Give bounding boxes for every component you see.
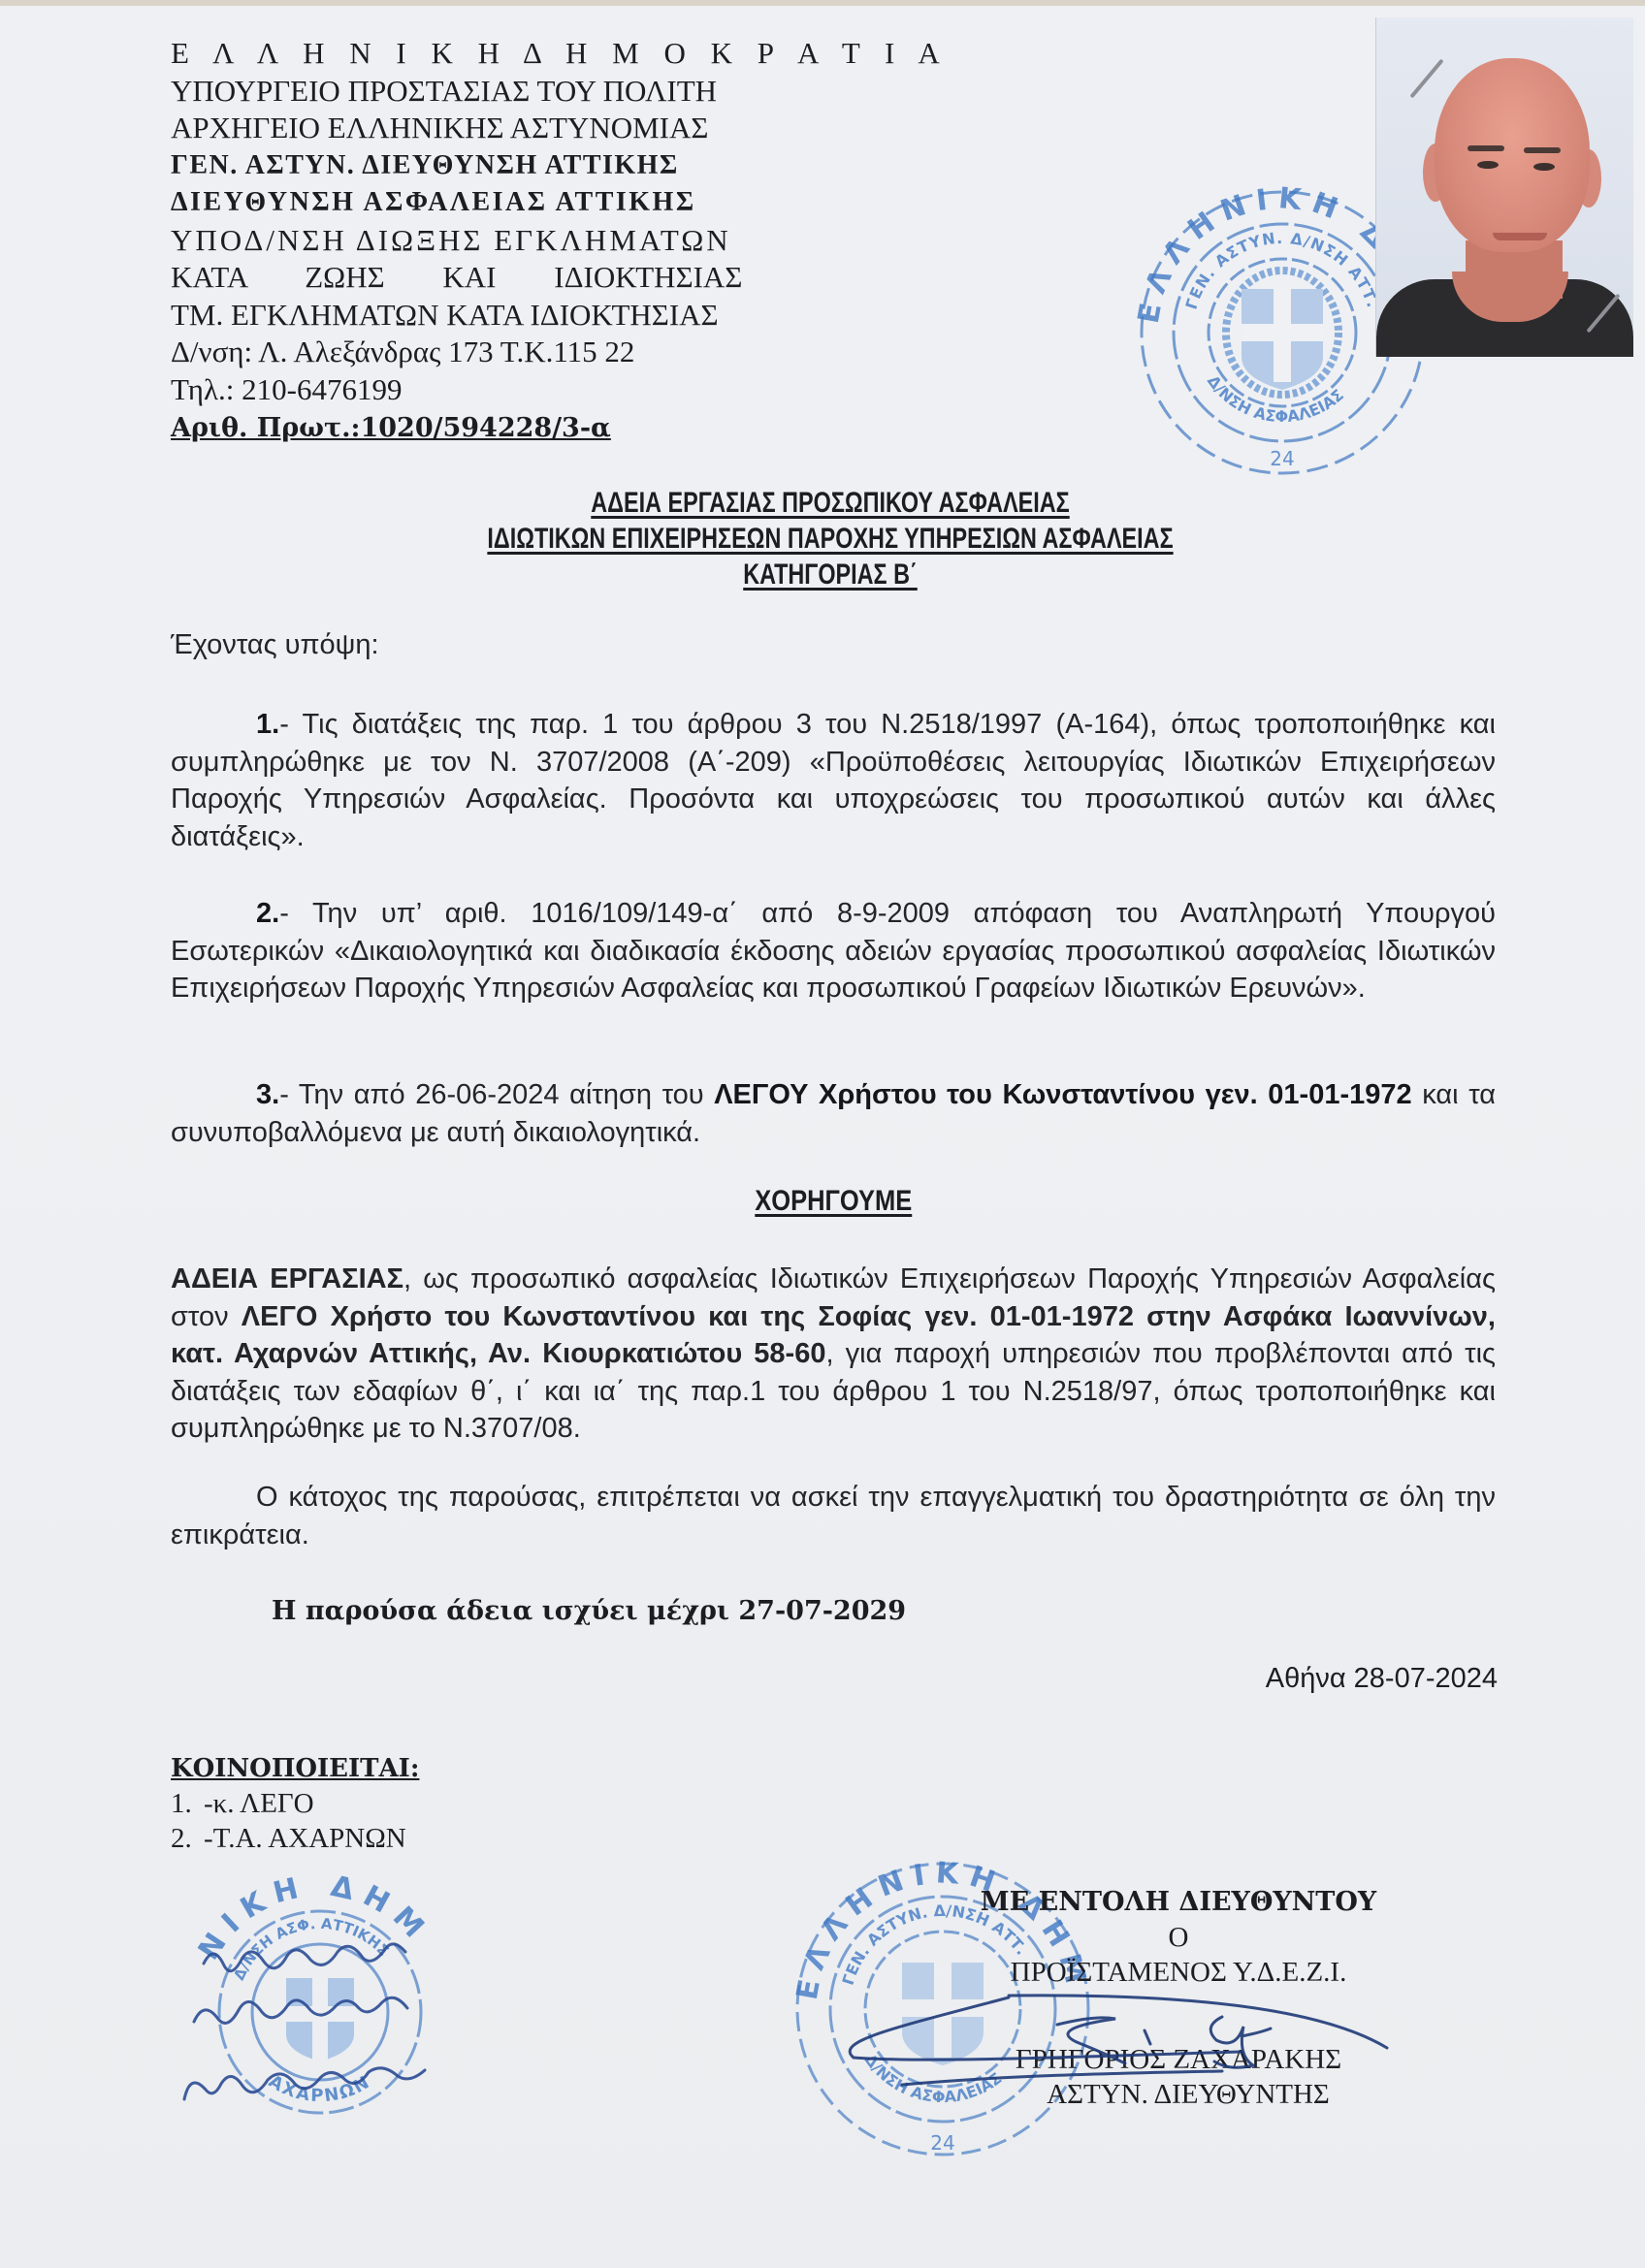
title-line: ΙΔΙΩΤΙΚΩΝ ΕΠΙΧΕΙΡΗΣΕΩΝ ΠΑΡΟΧΗΣ ΥΠΗΡΕΣΙΩΝ… xyxy=(487,523,1173,555)
signature-article: Ο xyxy=(951,1920,1406,1955)
intro-text: Έχοντας υπόψη: xyxy=(171,626,1496,664)
consideration-number: 3. xyxy=(256,1079,279,1110)
header-line: ΤΜ. ΕΓΚΛΗΜΑΤΩΝ ΚΑΤΑ ΙΔΙΟΚΤΗΣΙΑΣ xyxy=(171,297,788,335)
title-line: ΚΑΤΗΓΟΡΙΑΣ Β΄ xyxy=(743,559,918,591)
place-and-date: Αθήνα 28-07-2024 xyxy=(1266,1663,1498,1695)
protocol-number: Αριθ. Πρωτ.:1020/594228/3-α xyxy=(171,410,788,447)
header-line: ΓΕΝ. ΑΣΤΥΝ. ΔΙΕΥΘΥΝΣΗ ΑΤΤΙΚΗΣ xyxy=(171,147,788,185)
header-line: ΑΡΧΗΓΕΙΟ ΕΛΛΗΝΙΚΗΣ ΑΣΤΥΝΟΜΙΑΣ xyxy=(171,110,788,147)
consideration-number: 2. xyxy=(256,898,279,929)
signatory-name: ΓΡΗΓΟΡΙΟΣ ΖΑΧΑΡΑΚΗΣ xyxy=(951,2042,1406,2077)
svg-text:ΓΕΝ. ΑΣΤΥΝ. Δ/ΝΣΗ ΑΤΤ.: ΓΕΝ. ΑΣΤΥΝ. Δ/ΝΣΗ ΑΤΤ. xyxy=(1181,229,1382,311)
consideration-1: 1.- Τις διατάξεις της παρ. 1 του άρθρου … xyxy=(171,706,1496,855)
header-line: ΚΑΤΑ ΖΩΗΣ ΚΑΙ ΙΔΙΟΚΤΗΣΙΑΣ xyxy=(171,259,788,297)
holder-photo xyxy=(1375,17,1633,357)
svg-text:Δ/ΝΣΗ ΑΣΦ. ΑΤΤΙΚΗΣ: Δ/ΝΣΗ ΑΣΦ. ΑΤΤΙΚΗΣ xyxy=(230,1915,392,1983)
distribution-item: 1.-κ. ΛΕΓΟ xyxy=(171,1786,419,1821)
svg-text:ΑΧΑΡΝΩΝ: ΑΧΑΡΝΩΝ xyxy=(265,2071,374,2106)
signature-order: ΜΕ ΕΝΤΟΛΗ ΔΙΕΥΘΥΝΤΟΥ xyxy=(951,1885,1406,1920)
svg-text:ΝΙΚΗ ΔΗΜ: ΝΙΚΗ ΔΗΜ xyxy=(192,1869,437,1966)
distribution-list: ΚΟΙΝΟΠΟΙΕΙΤΑΙ: 1.-κ. ΛΕΓΟ 2.-Τ.Α. ΑΧΑΡΝΩ… xyxy=(171,1751,419,1856)
grant-license-label: ΑΔΕΙΑ ΕΡΓΑΣΙΑΣ xyxy=(171,1263,403,1294)
consideration-number: 1. xyxy=(256,709,279,740)
header-line: Ε Λ Λ Η Ν Ι Κ Η Δ Η Μ Ο Κ Ρ Α Τ Ι Α xyxy=(171,35,788,73)
consideration-3: 3.- Την από 26-06-2024 αίτηση του ΛΕΓΟΥ … xyxy=(171,1076,1496,1151)
consideration-text: - Την από 26-06-2024 αίτηση του xyxy=(279,1079,714,1110)
signature-block: ΜΕ ΕΝΤΟΛΗ ΔΙΕΥΘΥΝΤΟΥ Ο ΠΡΟΪΣΤΑΜΕΝΟΣ Υ.Δ.… xyxy=(951,1885,1406,2112)
consideration-text: - Την υπ’ αριθ. 1016/109/149-α΄ από 8-9-… xyxy=(171,898,1496,1004)
header-line: ΔΙΕΥΘΥΝΣΗ ΑΣΦΑΛΕΙΑΣ ΑΤΤΙΚΗΣ xyxy=(171,184,788,222)
applicant-name: ΛΕΓΟΥ Χρήστου του Κωνσταντίνου γεν. 01-0… xyxy=(714,1079,1411,1110)
address: Δ/νση: Λ. Αλεξάνδρας 173 Τ.Κ.115 22 xyxy=(171,334,788,371)
distribution-item: 2.-Τ.Α. ΑΧΑΡΝΩΝ xyxy=(171,1821,419,1856)
svg-text:Δ/ΝΣΗ ΑΣΦΑΛΕΙΑΣ: Δ/ΝΣΗ ΑΣΦΑΛΕΙΑΣ xyxy=(1204,372,1347,427)
header-line: ΥΠΟΔ/ΝΣΗ ΔΙΩΞΗΣ ΕΓΚΛΗΜΑΤΩΝ xyxy=(171,222,788,260)
validity-date: Η παρούσα άδεια ισχύει μέχρι 27-07-2029 xyxy=(272,1596,906,1626)
grant-heading: ΧΟΡΗΓΟΥΜΕ xyxy=(171,1185,1496,1218)
letterhead: Ε Λ Λ Η Ν Ι Κ Η Δ Η Μ Ο Κ Ρ Α Τ Ι Α ΥΠΟΥ… xyxy=(171,35,788,447)
signatory-role: ΠΡΟΪΣΤΑΜΕΝΟΣ Υ.Δ.Ε.Ζ.Ι. xyxy=(951,1955,1406,1990)
consideration-2: 2.- Την υπ’ αριθ. 1016/109/149-α΄ από 8-… xyxy=(171,895,1496,1007)
page-edge xyxy=(0,0,1645,6)
header-line: ΥΠΟΥΡΓΕΙΟ ΠΡΟΣΤΑΣΙΑΣ ΤΟΥ ΠΟΛΙΤΗ xyxy=(171,73,788,111)
holder-permission: Ο κάτοχος της παρούσας, επιτρέπεται να α… xyxy=(171,1479,1496,1553)
consideration-text: - Τις διατάξεις της παρ. 1 του άρθρου 3 … xyxy=(171,709,1496,852)
document-title: ΑΔΕΙΑ ΕΡΓΑΣΙΑΣ ΠΡΟΣΩΠΙΚΟΥ ΑΣΦΑΛΕΙΑΣ ΙΔΙΩ… xyxy=(316,485,1345,592)
svg-text:24: 24 xyxy=(930,2131,954,2155)
signatory-rank: ΑΣΤΥΝ. ΔΙΕΥΘΥΝΤΗΣ xyxy=(970,2077,1406,2112)
phone: Τηλ.: 210-6476199 xyxy=(171,371,788,409)
title-line: ΑΔΕΙΑ ΕΡΓΑΣΙΑΣ ΠΡΟΣΩΠΙΚΟΥ ΑΣΦΑΛΕΙΑΣ xyxy=(591,487,1069,519)
distribution-heading: ΚΟΙΝΟΠΟΙΕΙΤΑΙ: xyxy=(171,1751,419,1786)
svg-text:24: 24 xyxy=(1270,447,1294,470)
grant-paragraph: ΑΔΕΙΑ ΕΡΓΑΣΙΑΣ, ως προσωπικό ασφαλείας Ι… xyxy=(171,1261,1496,1448)
document-page: Ε Λ Λ Η Ν Ι Κ Η Δ Η Μ Ο Κ Ρ Α Τ Ι Α ΥΠΟΥ… xyxy=(0,0,1645,2268)
acharnes-stamp-icon: ΝΙΚΗ ΔΗΜ Δ/ΝΣΗ ΑΣΦ. ΑΤΤΙΚΗΣ ΑΧΑΡΝΩΝ xyxy=(155,1867,504,2157)
